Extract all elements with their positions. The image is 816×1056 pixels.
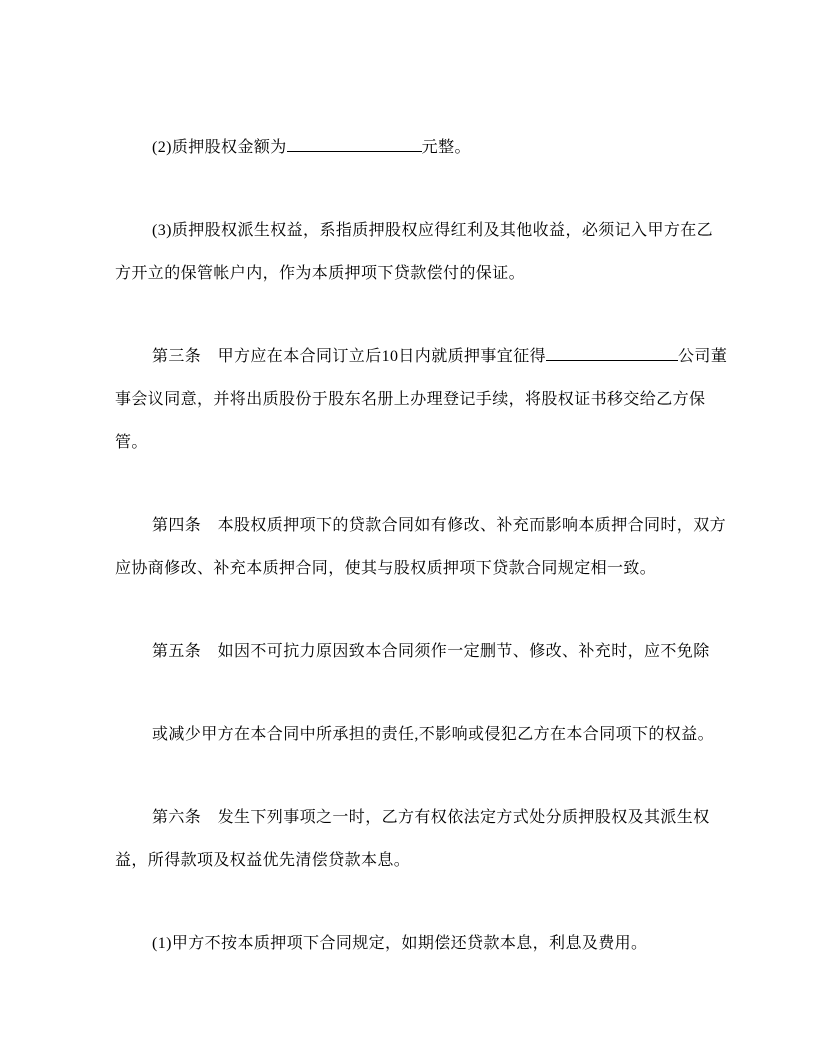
amount-blank-underline — [287, 137, 422, 152]
text-line: (3)质押股权派生权益，系指质押股权应得红利及其他收益，必须记入甲方在乙 — [115, 209, 717, 252]
article-6-line-1: 第六条 发生下列事项之一时，乙方有权依法定方式处分质押股权及其派生权 — [152, 809, 710, 826]
article-4-line-1: 第四条 本股权质押项下的贷款合同如有修改、补充而影响本质押合同时，双方 — [152, 517, 726, 534]
text-line: (2)质押股权金额为元整。 — [115, 126, 717, 169]
text-line: 益，所得款项及权益优先清偿贷款本息。 — [115, 839, 717, 882]
text-line: 第四条 本股权质押项下的贷款合同如有修改、补充而影响本质押合同时，双方 — [115, 504, 717, 547]
article-3-line-3: 管。 — [115, 434, 148, 451]
document-page: (2)质押股权金额为元整。 (3)质押股权派生权益，系指质押股权应得红利及其他收… — [0, 0, 816, 1056]
article-3-line-2: 事会议同意，并将出质股份于股东名册上办理登记手续，将股权证书移交给乙方保 — [115, 391, 705, 408]
clause-3-derived-rights: (3)质押股权派生权益，系指质押股权应得红利及其他收益，必须记入甲方在乙 方开立… — [115, 209, 717, 295]
text-line: 第三条 甲方应在本合同订立后10日内就质押事宜征得公司董 — [115, 335, 717, 378]
article-5-part-1: 第五条 如因不可抗力原因致本合同须作一定删节、修改、补充时，应不免除 — [115, 630, 717, 673]
text-line: 方开立的保管帐户内，作为本质押项下贷款偿付的保证。 — [115, 252, 717, 295]
text-line: 或减少甲方在本合同中所承担的责任,不影响或侵犯乙方在本合同项下的权益。 — [115, 713, 717, 756]
text-line: 第五条 如因不可抗力原因致本合同须作一定删节、修改、补充时，应不免除 — [115, 630, 717, 673]
article-6-item-1-text: (1)甲方不按本质押项下合同规定，如期偿还贷款本息，利息及费用。 — [152, 935, 647, 952]
article-6-item-1: (1)甲方不按本质押项下合同规定，如期偿还贷款本息，利息及费用。 — [115, 922, 717, 965]
text-line: 应协商修改、补充本质押合同，使其与股权质押项下贷款合同规定相一致。 — [115, 547, 717, 590]
article-5-part-2: 或减少甲方在本合同中所承担的责任,不影响或侵犯乙方在本合同项下的权益。 — [115, 713, 717, 756]
article-5-line-2: 或减少甲方在本合同中所承担的责任,不影响或侵犯乙方在本合同项下的权益。 — [152, 726, 714, 743]
article-6-line-2: 益，所得款项及权益优先清偿贷款本息。 — [115, 852, 410, 869]
clause-2-post-text: 元整。 — [422, 139, 471, 156]
clause-3-line-1: (3)质押股权派生权益，系指质押股权应得红利及其他收益，必须记入甲方在乙 — [152, 222, 713, 239]
clause-2-pre-text: (2)质押股权金额为 — [152, 139, 287, 156]
article-3-pre-text: 第三条 甲方应在本合同订立后10日内就质押事宜征得 — [152, 348, 546, 365]
article-4: 第四条 本股权质押项下的贷款合同如有修改、补充而影响本质押合同时，双方 应协商修… — [115, 504, 717, 590]
text-line: 事会议同意，并将出质股份于股东名册上办理登记手续，将股权证书移交给乙方保 — [115, 378, 717, 421]
company-name-blank-underline — [546, 346, 678, 361]
article-4-line-2: 应协商修改、补充本质押合同，使其与股权质押项下贷款合同规定相一致。 — [115, 560, 656, 577]
article-5-line-1: 第五条 如因不可抗力原因致本合同须作一定删节、修改、补充时，应不免除 — [152, 643, 710, 660]
text-line: 管。 — [115, 421, 717, 464]
article-3-post-text: 公司董 — [678, 348, 727, 365]
text-line: 第六条 发生下列事项之一时，乙方有权依法定方式处分质押股权及其派生权 — [115, 796, 717, 839]
article-6: 第六条 发生下列事项之一时，乙方有权依法定方式处分质押股权及其派生权 益，所得款… — [115, 796, 717, 882]
clause-3-line-2: 方开立的保管帐户内，作为本质押项下贷款偿付的保证。 — [115, 265, 525, 282]
article-3: 第三条 甲方应在本合同订立后10日内就质押事宜征得公司董 事会议同意，并将出质股… — [115, 335, 717, 464]
clause-2-pledge-amount: (2)质押股权金额为元整。 — [115, 126, 717, 169]
text-line: (1)甲方不按本质押项下合同规定，如期偿还贷款本息，利息及费用。 — [115, 922, 717, 965]
